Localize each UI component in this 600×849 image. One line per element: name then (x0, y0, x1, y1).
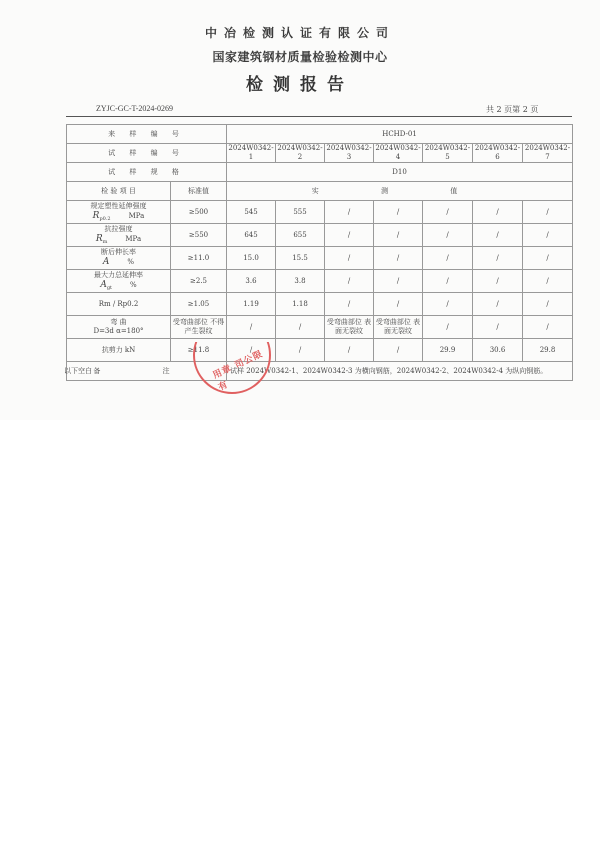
standard-value: ≥1.05 (171, 293, 227, 316)
measured-value: / (325, 293, 374, 316)
measured-value: / (423, 201, 473, 224)
measured-value: 555 (276, 201, 325, 224)
test-item-name: Rm / Rp0.2 (67, 300, 170, 309)
test-item-name: 抗拉强度 (67, 225, 170, 234)
page-info: 共 2 页第 2 页 (486, 104, 538, 115)
result-row: 规定塑性延伸强度Rp0.2MPa≥500545555///// (67, 201, 573, 224)
remarks-text: 试样 2024W0342-1、2024W0342-3 为横向钢筋，2024W03… (227, 362, 573, 381)
measured-value: / (227, 316, 276, 339)
specimen-id: 2024W0342-2 (276, 144, 325, 163)
measured-value: 受弯曲部位 表面无裂纹 (374, 316, 423, 339)
measured-value: 15.0 (227, 247, 276, 270)
measured-value: / (473, 224, 523, 247)
measured-value: / (276, 316, 325, 339)
measured-value: 1.18 (276, 293, 325, 316)
measured-value: / (473, 316, 523, 339)
specimen-id: 2024W0342-5 (423, 144, 473, 163)
test-item-symbol: Rp0.2MPa (67, 211, 170, 222)
test-results-table: 来 样 编 号 HCHD-01 试 样 编 号 2024W0342-1 2024… (66, 124, 573, 381)
test-item-name: 最大力总延伸率 (67, 271, 170, 280)
measured-value: / (523, 201, 573, 224)
spec-value: D10 (227, 163, 573, 182)
sample-id-value: HCHD-01 (227, 125, 573, 144)
measured-header: 实 测 值 (227, 182, 573, 201)
test-item: Rm / Rp0.2 (67, 293, 171, 316)
standard-value: ≥2.5 (171, 270, 227, 293)
specimen-id: 2024W0342-7 (523, 144, 573, 163)
measured-value: / (523, 270, 573, 293)
measured-value: 1.19 (227, 293, 276, 316)
result-row: 抗剪力 kN≥11.8////29.930.629.8 (67, 339, 573, 362)
standard-value: 受弯曲部位 不得产生裂纹 (171, 316, 227, 339)
measured-value: / (523, 247, 573, 270)
test-item: 抗剪力 kN (67, 339, 171, 362)
test-item-condition: D=3d α=180° (67, 327, 170, 336)
standard-value: ≥550 (171, 224, 227, 247)
header-row: 检 验 项 目 标准值 实 测 值 (67, 182, 573, 201)
measured-value: / (325, 201, 374, 224)
result-row: Rm / Rp0.2≥1.051.191.18///// (67, 293, 573, 316)
measured-value: 645 (227, 224, 276, 247)
test-item-name: 断后伸长率 (67, 248, 170, 257)
measured-value: 545 (227, 201, 276, 224)
measured-value: / (325, 270, 374, 293)
measured-value: / (374, 201, 423, 224)
measured-value: / (325, 339, 374, 362)
measured-value: 655 (276, 224, 325, 247)
result-row: 断后伸长率A%≥11.015.015.5///// (67, 247, 573, 270)
report-number: ZYJC-GC-T-2024-0269 (96, 104, 173, 113)
test-item: 断后伸长率A% (67, 247, 171, 270)
measured-value: / (473, 293, 523, 316)
test-item: 弯 曲D=3d α=180° (67, 316, 171, 339)
standard-value: ≥500 (171, 201, 227, 224)
result-row: 最大力总延伸率Agt%≥2.53.63.8///// (67, 270, 573, 293)
test-item-symbol: A% (67, 257, 170, 268)
measured-value: / (374, 247, 423, 270)
measured-value: 29.8 (523, 339, 573, 362)
measured-value: / (374, 270, 423, 293)
result-row: 弯 曲D=3d α=180°受弯曲部位 不得产生裂纹//受弯曲部位 表面无裂纹受… (67, 316, 573, 339)
measured-value: / (423, 293, 473, 316)
measured-value: 受弯曲部位 表面无裂纹 (325, 316, 374, 339)
measured-value: 29.9 (423, 339, 473, 362)
spec-label: 试 样 规 格 (67, 163, 227, 182)
specimen-id-row: 试 样 编 号 2024W0342-1 2024W0342-2 2024W034… (67, 144, 573, 163)
measured-value: / (325, 247, 374, 270)
result-row: 抗拉强度RmMPa≥550645655///// (67, 224, 573, 247)
test-item-name: 抗剪力 kN (67, 346, 170, 355)
measured-value: 30.6 (473, 339, 523, 362)
sample-id-label: 来 样 编 号 (67, 125, 227, 144)
measured-value: / (523, 316, 573, 339)
standard-header: 标准值 (171, 182, 227, 201)
measured-value: / (276, 339, 325, 362)
measured-value: / (325, 224, 374, 247)
official-seal: 用章 司公限有 (193, 342, 271, 398)
measured-value: / (423, 316, 473, 339)
measured-value: / (473, 270, 523, 293)
remarks-row: 备 注 试样 2024W0342-1、2024W0342-3 为横向钢筋，202… (67, 362, 573, 381)
below-blank-note: 以下空白 (64, 366, 92, 376)
spec-row: 试 样 规 格 D10 (67, 163, 573, 182)
test-item-symbol: Agt% (67, 280, 170, 291)
standard-value: ≥11.0 (171, 247, 227, 270)
measured-value: / (374, 339, 423, 362)
measured-value: / (523, 224, 573, 247)
item-header: 检 验 项 目 (67, 182, 171, 201)
measured-value: 3.8 (276, 270, 325, 293)
measured-value: / (423, 247, 473, 270)
test-item: 最大力总延伸率Agt% (67, 270, 171, 293)
measured-value: 15.5 (276, 247, 325, 270)
sample-id-row: 来 样 编 号 HCHD-01 (67, 125, 573, 144)
test-item: 抗拉强度RmMPa (67, 224, 171, 247)
test-item-name: 弯 曲 (67, 318, 170, 327)
measured-value: 3.6 (227, 270, 276, 293)
company-name: 中冶检测认证有限公司 (0, 24, 600, 41)
measured-value: / (423, 270, 473, 293)
report-page: 中冶检测认证有限公司 国家建筑钢材质量检验检测中心 检测报告 ZYJC-GC-T… (0, 0, 600, 420)
specimen-id: 2024W0342-6 (473, 144, 523, 163)
measured-value: / (423, 224, 473, 247)
measured-value: / (374, 293, 423, 316)
specimen-id-label: 试 样 编 号 (67, 144, 227, 163)
document-title: 检测报告 (0, 70, 600, 95)
header-divider (66, 116, 572, 117)
specimen-id: 2024W0342-3 (325, 144, 374, 163)
measured-value: / (473, 247, 523, 270)
specimen-id: 2024W0342-4 (374, 144, 423, 163)
measured-value: / (374, 224, 423, 247)
test-item: 规定塑性延伸强度Rp0.2MPa (67, 201, 171, 224)
center-name: 国家建筑钢材质量检验检测中心 (0, 48, 600, 65)
measured-value: / (523, 293, 573, 316)
test-item-symbol: RmMPa (67, 234, 170, 245)
test-item-name: 规定塑性延伸强度 (67, 202, 170, 211)
specimen-id: 2024W0342-1 (227, 144, 276, 163)
measured-value: / (473, 201, 523, 224)
